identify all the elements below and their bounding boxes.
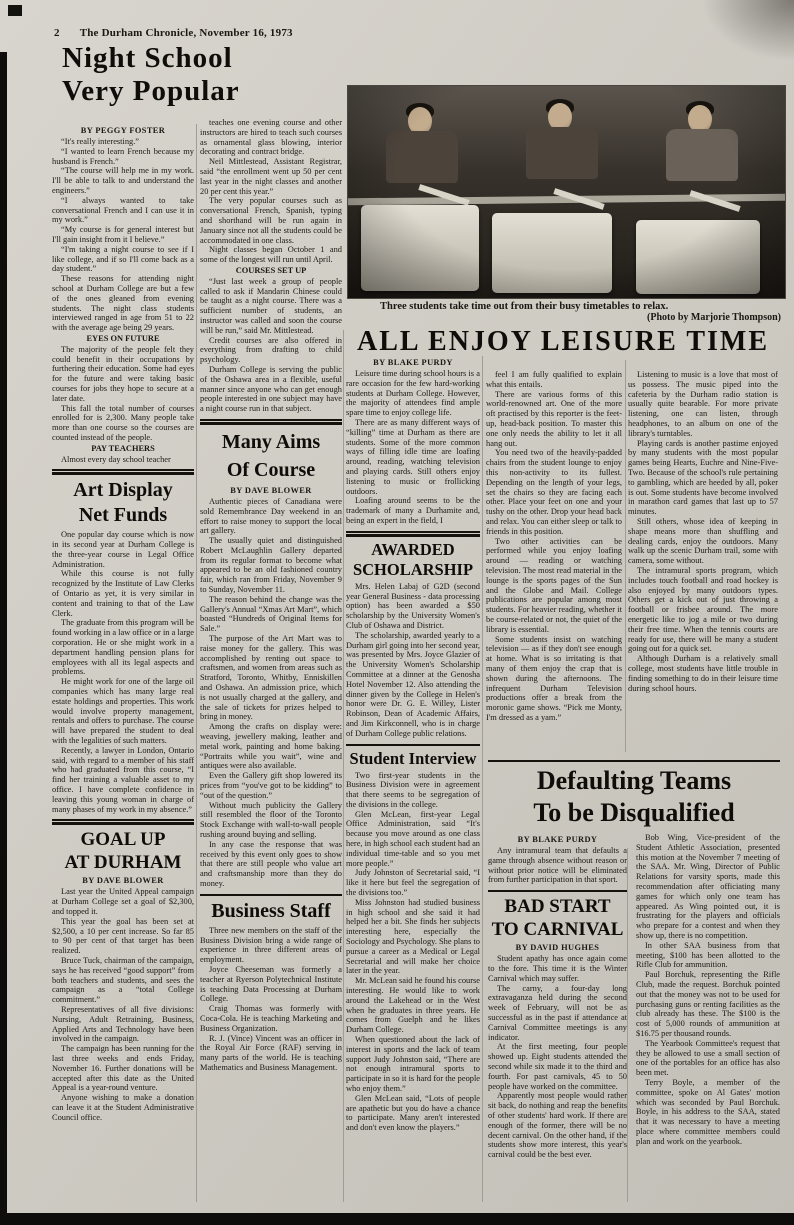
many-aims-paragraphs: Authentic pieces of Canadiana were sold … xyxy=(200,497,342,889)
defaulting-intro: Any intramural team that defaults a game… xyxy=(488,846,627,885)
photo-caption: Three students take time out from their … xyxy=(348,301,785,312)
article-paragraph: At the first meeting, four people showed… xyxy=(488,1042,627,1091)
headline-bad-start: BAD START TO CARNIVAL xyxy=(488,895,627,941)
article-paragraph: Almost every day school teacher xyxy=(52,455,194,465)
article-paragraph: Mr. McLean said he found his course inte… xyxy=(346,976,480,1035)
article-paragraph: Loafing around seems to be the trademark… xyxy=(346,496,480,525)
article-paragraph: Student apathy has once again come to th… xyxy=(488,954,627,983)
masthead: The Durham Chronicle, November 16, 1973 xyxy=(80,27,293,39)
article-paragraph: Still others, whose idea of keeping in s… xyxy=(628,517,778,566)
article-paragraph: “I wanted to learn French because my hus… xyxy=(52,147,194,167)
article-paragraph: Playing cards is another pastime enjoyed… xyxy=(628,439,778,517)
headline-line: Of Course xyxy=(200,456,342,484)
scan-shadow xyxy=(704,0,794,60)
headline-art-display: Art Display Net Funds xyxy=(52,478,194,528)
article-paragraph: Among the crafts on display were: weavin… xyxy=(200,722,342,771)
article-paragraph: He might work for one of the large oil c… xyxy=(52,677,194,746)
headline-line: Many Aims xyxy=(200,428,342,456)
byline-blake-purdy: BY BLAKE PURDY xyxy=(346,358,480,367)
headline-goal-up: GOAL UP AT DURHAM xyxy=(52,828,194,874)
section-rule xyxy=(52,819,194,825)
column-1: BY PEGGY FOSTER “It's really interesting… xyxy=(52,124,194,1123)
defaulting-right-paragraphs: Bob Wing, Vice-president of the Student … xyxy=(636,833,780,1147)
article-paragraph: Bruce Tuck, chairman of the campaign, sa… xyxy=(52,956,194,1005)
headline-night-school: Night School Very Popular xyxy=(62,42,352,108)
scan-edge-bottom xyxy=(0,1213,794,1225)
article-paragraph: Listening to music is a love that most o… xyxy=(628,370,778,439)
defaulting-left-column: BY BLAKE PURDY Any intramural team that … xyxy=(488,833,627,1160)
newspaper-page: 2The Durham Chronicle, November 16, 1973… xyxy=(0,0,794,1225)
headline-line: Net Funds xyxy=(52,503,194,528)
headline-business-staff: Business Staff xyxy=(200,899,342,924)
article-paragraph: Glen McLean, first-year Legal Office Adm… xyxy=(346,810,480,869)
article-paragraph: Last year the United Appeal campaign at … xyxy=(52,887,194,916)
awarded-scholarship-paragraphs: Mrs. Helen Labaj of G2D (second year Gen… xyxy=(346,582,480,739)
article-paragraph: feel I am fully qualified to explain wha… xyxy=(486,370,622,390)
column-5: Listening to music is a love that most o… xyxy=(628,370,778,754)
bad-start-paragraphs: Student apathy has once again come to th… xyxy=(488,954,627,1160)
page-number: 2 xyxy=(54,27,60,39)
leisure-col2: feel I am fully qualified to explain wha… xyxy=(486,370,622,723)
article-paragraph: In other SAA business from that meeting,… xyxy=(636,941,780,970)
article-paragraph: The reason behind the change was the Gal… xyxy=(200,595,342,634)
headline-leisure: ALL ENJOY LEISURE TIME xyxy=(346,326,780,358)
article-paragraph: The carny, a four-day long extravaganza … xyxy=(488,984,627,1043)
photo-vignette xyxy=(348,86,785,298)
section-rule xyxy=(52,469,194,475)
column-rule xyxy=(625,360,626,752)
article-paragraph: One popular day course which is now in i… xyxy=(52,530,194,569)
article-paragraph: Craig Thomas was formerly with Coca-Cola… xyxy=(200,1004,342,1033)
article-paragraph: R. J. (Vince) Vincent was an officer in … xyxy=(200,1034,342,1073)
headline-line: Night School xyxy=(62,42,352,75)
byline-dave-blower: BY DAVE BLOWER xyxy=(52,876,194,885)
headline-line: TO CARNIVAL xyxy=(488,918,627,941)
headline-line: Art Display xyxy=(52,478,194,503)
section-rule xyxy=(346,744,480,746)
page-header: 2The Durham Chronicle, November 16, 1973 xyxy=(54,27,293,39)
article-paragraph: Anyone wishing to make a donation can le… xyxy=(52,1093,194,1122)
article-paragraph: Judy Johnston of Secretarial said, “I li… xyxy=(346,868,480,897)
column-rule xyxy=(196,124,197,1202)
article-paragraph: This fall the total number of courses en… xyxy=(52,404,194,443)
leisure-col3: Listening to music is a love that most o… xyxy=(628,370,778,693)
defaulting-teams-block: Defaulting Teams To be Disqualified BY B… xyxy=(488,755,780,1160)
student-interview-paragraphs: Two first-year students in the Business … xyxy=(346,771,480,1133)
article-paragraph: Without much publicity the Gallery still… xyxy=(200,801,342,840)
article-paragraph: Two first-year students in the Business … xyxy=(346,771,480,810)
scan-edge-left xyxy=(0,52,7,1225)
article-paragraph: Some students insist on watching televis… xyxy=(486,635,622,723)
headline-line: Defaulting Teams xyxy=(488,765,780,797)
article-paragraph: “Just last week a group of people called… xyxy=(200,277,342,336)
byline-blake-purdy: BY BLAKE PURDY xyxy=(488,835,627,844)
article-paragraph: While this course is not fully recognize… xyxy=(52,569,194,618)
article-paragraph: Mrs. Helen Labaj of G2D (second year Gen… xyxy=(346,582,480,631)
section-rule xyxy=(488,890,627,892)
column-4: feel I am fully qualified to explain wha… xyxy=(486,370,622,754)
goal-up-paragraphs: Last year the United Appeal campaign at … xyxy=(52,887,194,1122)
article-paragraph: “I'm taking a night course to see if I l… xyxy=(52,245,194,274)
column-3: BY BLAKE PURDY Leisure time during schoo… xyxy=(346,356,480,1133)
headline-line: To be Disqualified xyxy=(488,797,780,829)
article-paragraph: This year the goal has been set at $2,50… xyxy=(52,917,194,956)
article-paragraph: “My course is for general interest but I… xyxy=(52,225,194,245)
article-paragraph: Terry Boyle, a member of the committee, … xyxy=(636,1078,780,1147)
article-paragraph: Even the Gallery gift shop lowered its p… xyxy=(200,771,342,800)
section-rule xyxy=(200,894,342,896)
article-paragraph: The majority of the people felt they cou… xyxy=(52,345,194,404)
article-paragraph: In any case the response that was receiv… xyxy=(200,840,342,889)
article-paragraph: teaches one evening course and other ins… xyxy=(200,118,342,157)
headline-student-interview: Student Interview xyxy=(346,749,480,769)
column-rule xyxy=(343,330,344,1202)
news-photo xyxy=(348,86,785,298)
headline-line: BAD START xyxy=(488,895,627,918)
photo-credit: (Photo by Marjorie Thompson) xyxy=(348,312,785,323)
headline-line: GOAL UP xyxy=(52,828,194,851)
article-paragraph: Representatives of all five divisions: N… xyxy=(52,1005,194,1044)
article-paragraph: There are various forms of this world-re… xyxy=(486,390,622,449)
business-staff-paragraphs: Three new members on the staff of the Bu… xyxy=(200,926,342,1073)
article-paragraph: Night classes began October 1 and some o… xyxy=(200,245,342,265)
headline-line: SCHOLARSHIP xyxy=(346,560,480,580)
defaulting-right-column: Bob Wing, Vice-president of the Student … xyxy=(636,833,780,1160)
article-paragraph: Recently, a lawyer in London, Ontario sa… xyxy=(52,746,194,815)
headline-many-aims: Many Aims Of Course xyxy=(200,428,342,484)
article-paragraph: Apparently most people would rather sit … xyxy=(488,1091,627,1160)
byline-peggy-foster: BY PEGGY FOSTER xyxy=(52,126,194,135)
article-paragraph: The intramural sports program, which inc… xyxy=(628,566,778,654)
headline-line: AWARDED xyxy=(346,540,480,560)
article-paragraph: “I always wanted to take conversational … xyxy=(52,196,194,225)
headline-awarded-scholarship: AWARDED SCHOLARSHIP xyxy=(346,540,480,580)
article-paragraph: The campaign has been running for the la… xyxy=(52,1044,194,1093)
article-paragraph: These reasons for attending night school… xyxy=(52,274,194,333)
scan-mark xyxy=(8,5,22,16)
article-paragraph: Joyce Cheeseman was formerly a teacher a… xyxy=(200,965,342,1004)
article-paragraph: PAY TEACHERS xyxy=(52,444,194,454)
article-paragraph: Credit courses are also offered in every… xyxy=(200,336,342,365)
article-paragraph: The Yearbook Committee's request that th… xyxy=(636,1039,780,1078)
section-rule xyxy=(346,531,480,537)
article-paragraph: “It's really interesting.” xyxy=(52,137,194,147)
article-paragraph: You need two of the heavily-padded chair… xyxy=(486,448,622,536)
article-paragraph: When questioned about the lack of intere… xyxy=(346,1035,480,1094)
column-2: teaches one evening course and other ins… xyxy=(200,118,342,1073)
article-paragraph: Miss Johnston had studied business in hi… xyxy=(346,898,480,976)
article-paragraph: The very popular courses such as convers… xyxy=(200,196,342,245)
article-paragraph: Glen McLean said, “Lots of people are ap… xyxy=(346,1094,480,1133)
byline-david-hughes: BY DAVID HUGHES xyxy=(488,943,627,952)
leisure-col1: Leisure time during school hours is a ra… xyxy=(346,369,480,526)
art-display-paragraphs: One popular day course which is now in i… xyxy=(52,530,194,814)
headline-line: Very Popular xyxy=(62,75,352,108)
article-paragraph: Leisure time during school hours is a ra… xyxy=(346,369,480,418)
article-paragraph: Although Durham is a relatively small co… xyxy=(628,654,778,693)
night-school-col2: teaches one evening course and other ins… xyxy=(200,118,342,414)
column-rule xyxy=(482,356,483,1202)
article-paragraph: Durham College is serving the public of … xyxy=(200,365,342,414)
article-paragraph: The graduate from this program will be f… xyxy=(52,618,194,677)
article-paragraph: “The course will help me in my work. I'l… xyxy=(52,166,194,195)
section-rule xyxy=(488,760,780,762)
article-paragraph: Authentic pieces of Canadiana were sold … xyxy=(200,497,342,536)
article-paragraph: Bob Wing, Vice-president of the Student … xyxy=(636,833,780,941)
headline-defaulting-teams: Defaulting Teams To be Disqualified xyxy=(488,765,780,829)
article-paragraph: Paul Borchuk, representing the Rifle Clu… xyxy=(636,970,780,1039)
article-paragraph: Two other activities can be performed wh… xyxy=(486,537,622,635)
article-paragraph: The purpose of the Art Mart was to raise… xyxy=(200,634,342,722)
section-rule xyxy=(200,419,342,425)
article-paragraph: Three new members on the staff of the Bu… xyxy=(200,926,342,965)
article-paragraph: The usually quiet and distinguished Robe… xyxy=(200,536,342,595)
photo-caption-block: Three students take time out from their … xyxy=(348,301,785,323)
byline-dave-blower: BY DAVE BLOWER xyxy=(200,486,342,495)
article-paragraph: EYES ON FUTURE xyxy=(52,334,194,344)
headline-line: AT DURHAM xyxy=(52,851,194,874)
article-paragraph: Neil Mittlestead, Assistant Registrar, s… xyxy=(200,157,342,196)
defaulting-columns: BY BLAKE PURDY Any intramural team that … xyxy=(488,833,780,1160)
article-paragraph: Any intramural team that defaults a game… xyxy=(488,846,627,885)
article-paragraph: The scholarship, awarded yearly to a Dur… xyxy=(346,631,480,739)
article-paragraph: COURSES SET UP xyxy=(200,266,342,276)
article-paragraph: There are as many different ways of “kil… xyxy=(346,418,480,496)
night-school-col1: “It's really interesting.”“I wanted to l… xyxy=(52,137,194,464)
